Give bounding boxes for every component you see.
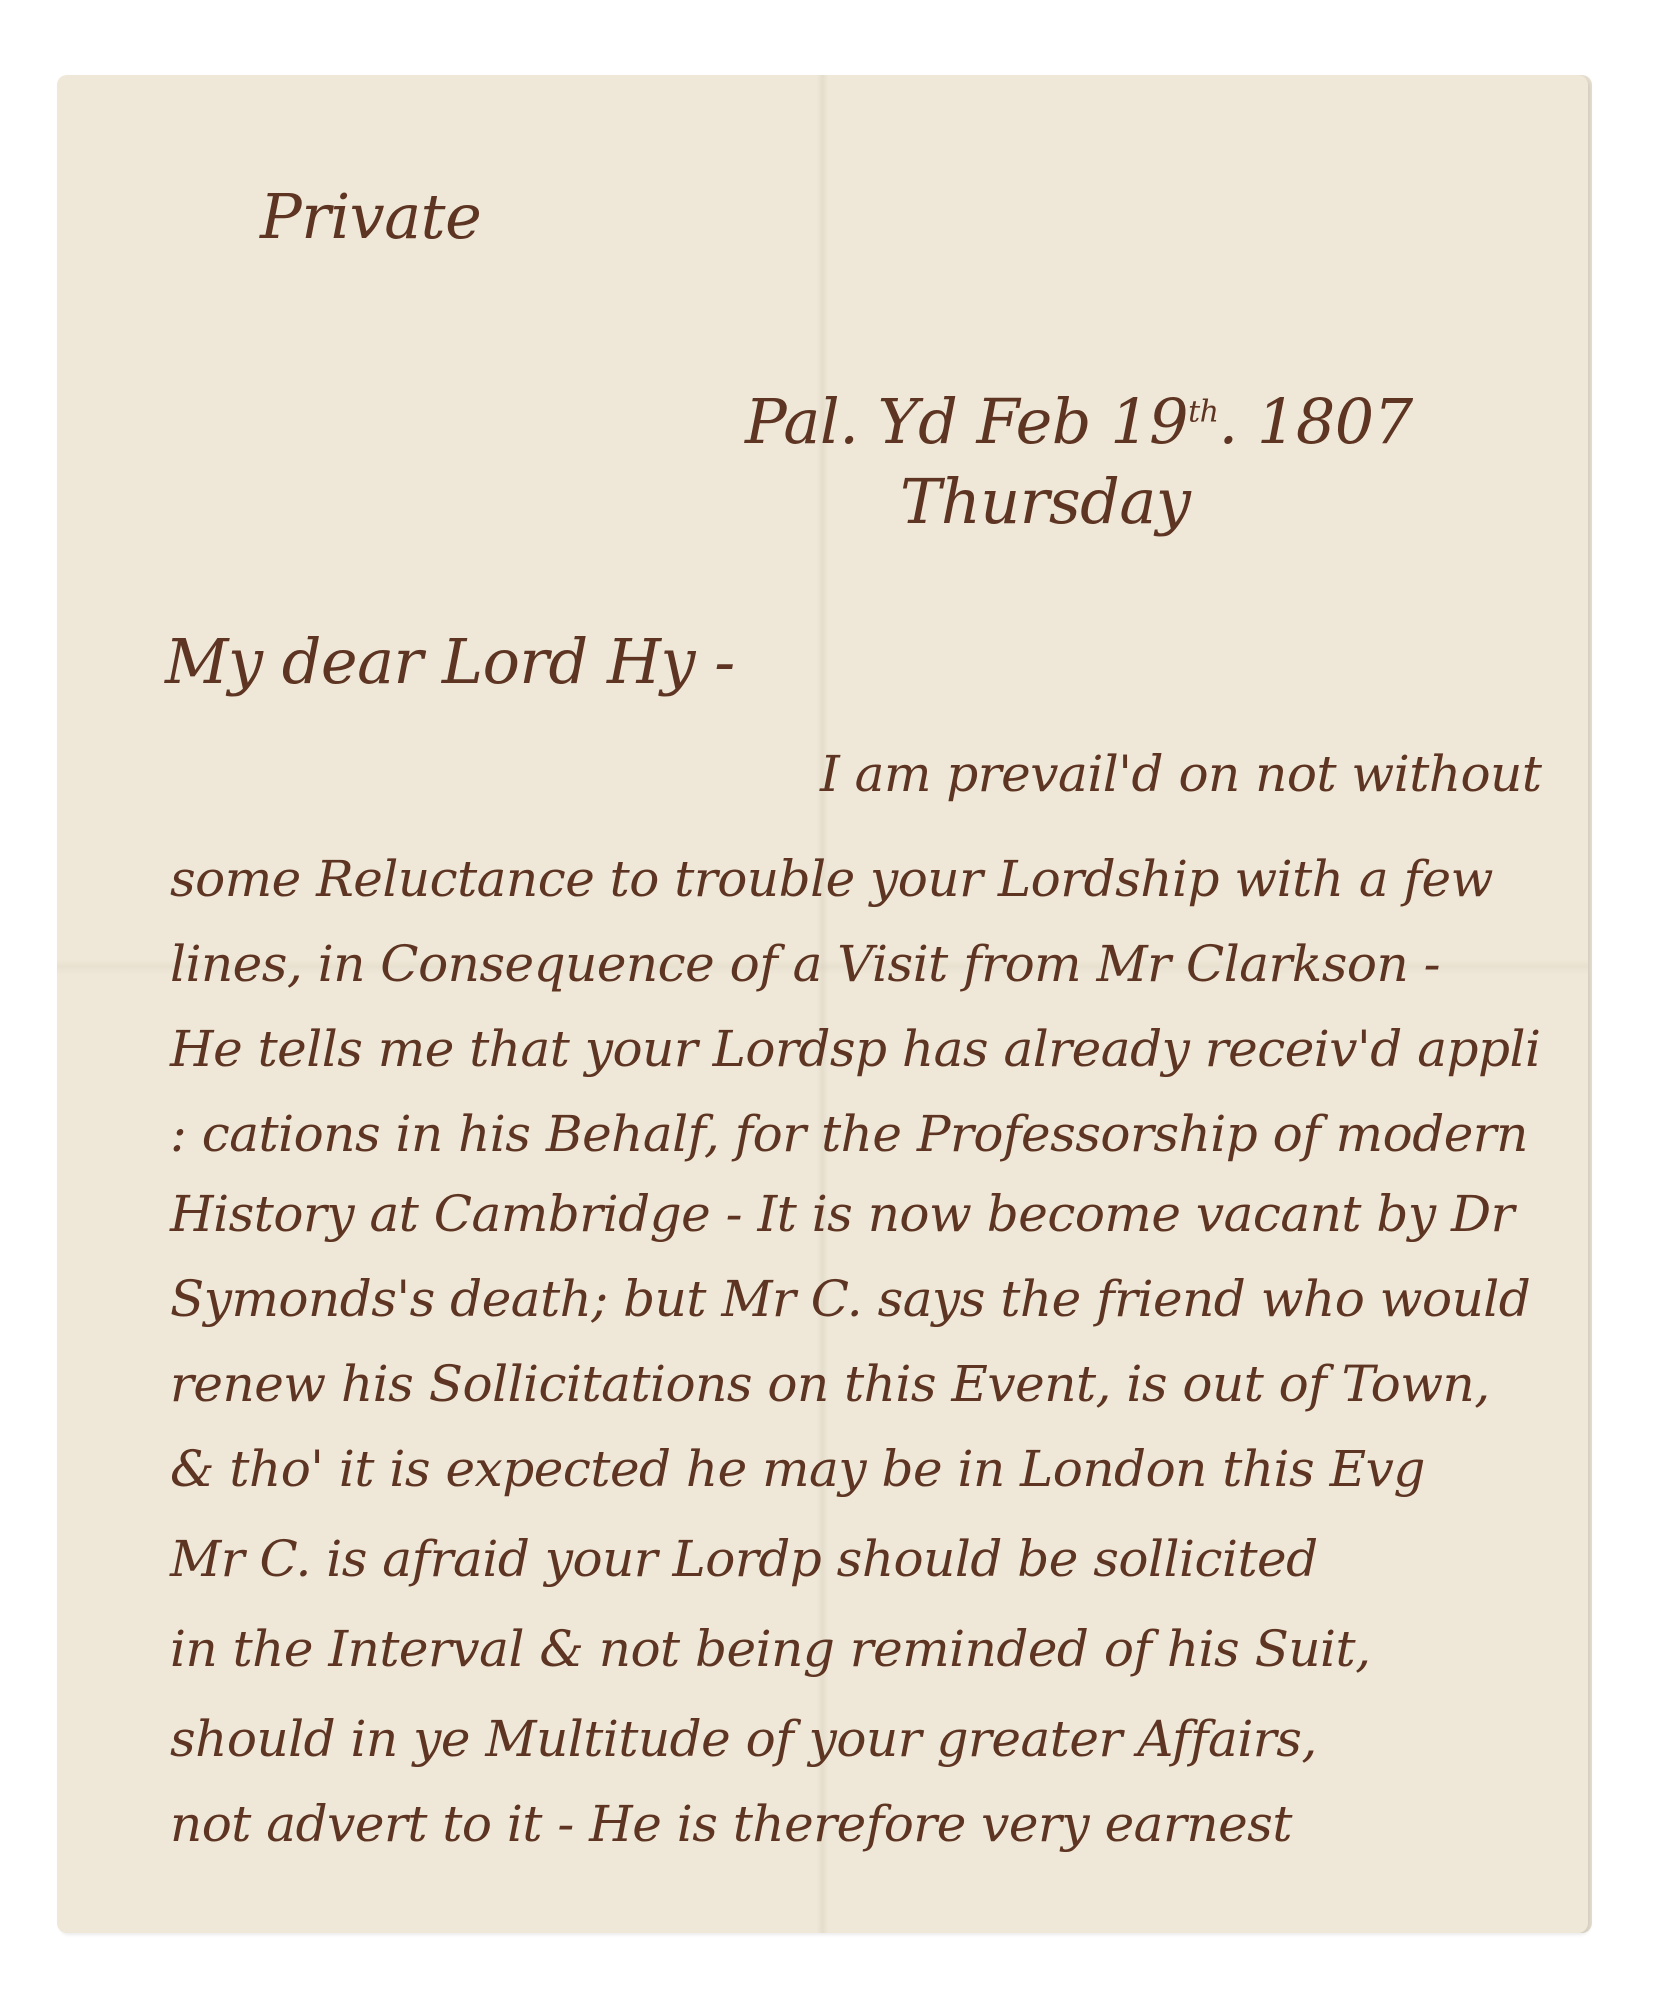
letter-heading: Private	[260, 180, 481, 253]
salutation: My dear Lord Hy -	[165, 625, 735, 698]
dateline-date-suffix: th	[1188, 394, 1218, 429]
body-line: Mr C. is afraid your Lordp should be sol…	[170, 1530, 1570, 1588]
body-line: Symonds's death; but Mr C. says the frie…	[170, 1270, 1570, 1328]
body-line: lines, in Consequence of a Visit from Mr…	[170, 935, 1570, 993]
body-line: I am prevail'd on not without	[820, 745, 1580, 803]
dateline-weekday: Thursday	[900, 465, 1190, 538]
body-line: : cations in his Behalf, for the Profess…	[170, 1105, 1570, 1163]
body-line: He tells me that your Lordsp has already…	[170, 1020, 1570, 1078]
body-line: in the Interval & not being reminded of …	[170, 1620, 1570, 1678]
body-line: some Reluctance to trouble your Lordship…	[170, 850, 1570, 908]
dateline-date: Feb 19	[976, 385, 1188, 458]
body-line: should in ye Multitude of your greater A…	[170, 1710, 1570, 1768]
body-line: & tho' it is expected he may be in Londo…	[170, 1440, 1570, 1498]
dateline-place: Pal. Yd	[745, 385, 957, 458]
dateline: Pal. Yd Feb 19th. 1807	[745, 385, 1413, 458]
body-line: History at Cambridge - It is now become …	[170, 1185, 1570, 1243]
body-line: not advert to it - He is therefore very …	[170, 1795, 1570, 1853]
dateline-year: 1807	[1257, 385, 1413, 458]
body-line: renew his Sollicitations on this Event, …	[170, 1355, 1570, 1413]
